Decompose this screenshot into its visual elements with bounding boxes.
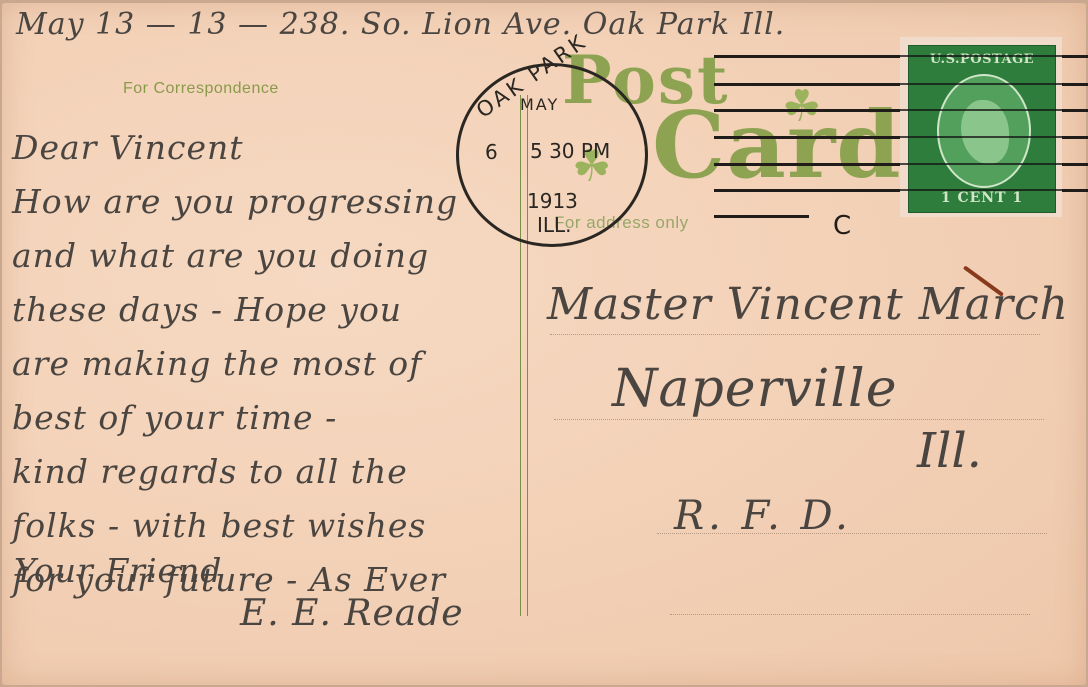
message-line: How are you progressing — [12, 175, 458, 229]
recipient-city: Naperville — [612, 359, 897, 419]
stamp-cancel-line — [900, 163, 1062, 165]
message-body: Dear Vincent How are you progressing and… — [12, 121, 458, 607]
address-guide-line — [554, 419, 1044, 420]
message-closing: Your Friend — [14, 551, 222, 590]
stamp-cancel-line — [900, 136, 1062, 138]
postmark-state: ILL. — [537, 213, 572, 237]
sender-address-note: May 13 — 13 — 238. So. Lion Ave. Oak Par… — [16, 7, 785, 42]
stamp-engraving: U.S.POSTAGE 1 CENT 1 — [908, 45, 1056, 213]
message-line: Dear Vincent — [12, 121, 458, 175]
message-line: and what are you doing — [12, 229, 458, 283]
stamp-cancel-line — [900, 55, 1062, 57]
correspondence-label: For Correspondence — [123, 80, 279, 98]
logo-card-text: Card — [652, 91, 902, 199]
message-line: are making the most of — [12, 337, 458, 391]
postcard-back: May 13 — 13 — 238. So. Lion Ave. Oak Par… — [2, 3, 1086, 685]
message-line: best of your time - — [12, 391, 458, 445]
address-guide-line — [550, 334, 1040, 335]
postmark-day: 6 — [485, 140, 498, 164]
cancellation-letter: C — [833, 211, 851, 241]
recipient-state: Ill. — [917, 423, 982, 479]
postmark-month: MAY — [520, 95, 559, 114]
message-line: folks - with best wishes — [12, 499, 458, 553]
stamp-cancel-line — [900, 83, 1062, 85]
signature: E. E. Reade — [240, 593, 464, 634]
stamp-portrait-frame — [937, 74, 1031, 188]
postage-stamp: U.S.POSTAGE 1 CENT 1 — [900, 37, 1062, 217]
address-guide-line — [657, 533, 1047, 534]
postmark-time: 5 30 PM — [530, 139, 610, 163]
stamp-cancel-line — [900, 189, 1062, 191]
stamp-cancel-line — [900, 109, 1062, 111]
stamp-denomination: 1 CENT 1 — [909, 190, 1055, 206]
message-line: these days - Hope you — [12, 283, 458, 337]
address-guide-line — [670, 614, 1030, 615]
clover-icon: ☘ — [782, 81, 821, 132]
postmark-year: 1913 — [527, 189, 578, 213]
cancellation-line — [714, 215, 809, 218]
message-line: kind regards to all the — [12, 445, 458, 499]
